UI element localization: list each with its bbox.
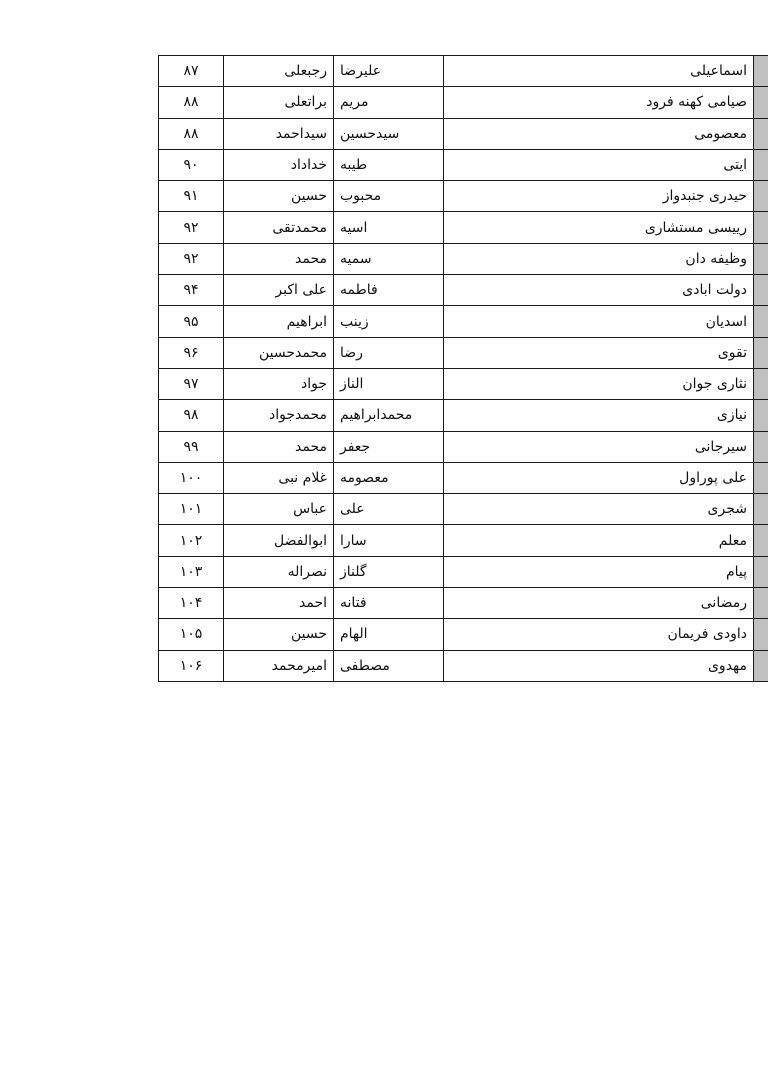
last-name-cell: مهدوی bbox=[444, 650, 754, 681]
first-name-cell: گلناز bbox=[334, 556, 444, 587]
roster-table: .۸۶اسماعیلیعلیرضارجبعلی۸۷.۸۷صیامی کهنه ف… bbox=[158, 55, 768, 682]
row-number-cell: .۱۰۴ bbox=[754, 619, 768, 650]
row-number-cell: .۹۴ bbox=[754, 306, 768, 337]
code-cell: ۱۰۶ bbox=[159, 650, 224, 681]
first-name-cell: سارا bbox=[334, 525, 444, 556]
row-number-cell: .۹۹ bbox=[754, 462, 768, 493]
table-row: .۹۲وظیفه دانسمیهمحمد۹۲ bbox=[159, 243, 768, 274]
roster-table-body: .۸۶اسماعیلیعلیرضارجبعلی۸۷.۸۷صیامی کهنه ف… bbox=[159, 56, 768, 682]
first-name-cell: اسیه bbox=[334, 212, 444, 243]
table-row: .۹۵تقویرضامحمدحسین۹۶ bbox=[159, 337, 768, 368]
row-number-cell: .۹۸ bbox=[754, 431, 768, 462]
code-cell: ۱۰۲ bbox=[159, 525, 224, 556]
table-row: .۹۷نیازیمحمدابراهیممحمدجواد۹۸ bbox=[159, 400, 768, 431]
first-name-cell: علی bbox=[334, 494, 444, 525]
last-name-cell: نیازی bbox=[444, 400, 754, 431]
first-name-cell: الناز bbox=[334, 368, 444, 399]
first-name-cell: سمیه bbox=[334, 243, 444, 274]
last-name-cell: نثاری جوان bbox=[444, 368, 754, 399]
row-number-cell: .۹۳ bbox=[754, 275, 768, 306]
first-name-cell: محبوب bbox=[334, 181, 444, 212]
father-name-cell: رجبعلی bbox=[224, 56, 334, 87]
last-name-cell: دولت ابادی bbox=[444, 275, 754, 306]
code-cell: ۹۲ bbox=[159, 243, 224, 274]
last-name-cell: معلم bbox=[444, 525, 754, 556]
father-name-cell: ابوالفضل bbox=[224, 525, 334, 556]
row-number-cell: .۹۵ bbox=[754, 337, 768, 368]
father-name-cell: براتعلی bbox=[224, 87, 334, 118]
code-cell: ۱۰۱ bbox=[159, 494, 224, 525]
first-name-cell: رضا bbox=[334, 337, 444, 368]
code-cell: ۹۹ bbox=[159, 431, 224, 462]
code-cell: ۹۶ bbox=[159, 337, 224, 368]
code-cell: ۱۰۴ bbox=[159, 588, 224, 619]
last-name-cell: اسدیان bbox=[444, 306, 754, 337]
father-name-cell: محمدجواد bbox=[224, 400, 334, 431]
last-name-cell: تقوی bbox=[444, 337, 754, 368]
table-row: .۹۶نثاری جوانالنازجواد۹۷ bbox=[159, 368, 768, 399]
last-name-cell: وظیفه دان bbox=[444, 243, 754, 274]
code-cell: ۸۷ bbox=[159, 56, 224, 87]
table-row: .۹۴اسدیانزینبابراهیم۹۵ bbox=[159, 306, 768, 337]
last-name-cell: حیدری جنبدواز bbox=[444, 181, 754, 212]
table-row: .۱۰۲پیامگلنازنصراله۱۰۳ bbox=[159, 556, 768, 587]
first-name-cell: مصطفی bbox=[334, 650, 444, 681]
table-row: .۱۰۴داودی فریمانالهامحسین۱۰۵ bbox=[159, 619, 768, 650]
last-name-cell: اسماعیلی bbox=[444, 56, 754, 87]
first-name-cell: جعفر bbox=[334, 431, 444, 462]
table-row: .۹۳دولت ابادیفاطمهعلی اکبر۹۴ bbox=[159, 275, 768, 306]
table-row: .۸۸معصومیسیدحسینسیداحمد۸۸ bbox=[159, 118, 768, 149]
row-number-cell: .۸۸ bbox=[754, 118, 768, 149]
father-name-cell: محمد bbox=[224, 431, 334, 462]
last-name-cell: شجری bbox=[444, 494, 754, 525]
table-row: .۸۶اسماعیلیعلیرضارجبعلی۸۷ bbox=[159, 56, 768, 87]
first-name-cell: فتانه bbox=[334, 588, 444, 619]
first-name-cell: زینب bbox=[334, 306, 444, 337]
row-number-cell: .۹۲ bbox=[754, 243, 768, 274]
last-name-cell: رییسی مستشاری bbox=[444, 212, 754, 243]
document-page: .۸۶اسماعیلیعلیرضارجبعلی۸۷.۸۷صیامی کهنه ف… bbox=[0, 0, 768, 1087]
row-number-cell: .۸۶ bbox=[754, 56, 768, 87]
code-cell: ۹۰ bbox=[159, 149, 224, 180]
father-name-cell: نصراله bbox=[224, 556, 334, 587]
row-number-cell: .۸۹ bbox=[754, 149, 768, 180]
row-number-cell: .۱۰۰ bbox=[754, 494, 768, 525]
last-name-cell: سیرجانی bbox=[444, 431, 754, 462]
first-name-cell: معصومه bbox=[334, 462, 444, 493]
row-number-cell: .۹۱ bbox=[754, 212, 768, 243]
last-name-cell: پیام bbox=[444, 556, 754, 587]
first-name-cell: طیبه bbox=[334, 149, 444, 180]
code-cell: ۹۴ bbox=[159, 275, 224, 306]
father-name-cell: ابراهیم bbox=[224, 306, 334, 337]
table-row: .۸۹ایتیطیبهخداداد۹۰ bbox=[159, 149, 768, 180]
row-number-cell: .۹۶ bbox=[754, 368, 768, 399]
row-number-cell: .۱۰۲ bbox=[754, 556, 768, 587]
last-name-cell: ایتی bbox=[444, 149, 754, 180]
father-name-cell: خداداد bbox=[224, 149, 334, 180]
first-name-cell: فاطمه bbox=[334, 275, 444, 306]
father-name-cell: جواد bbox=[224, 368, 334, 399]
first-name-cell: محمدابراهیم bbox=[334, 400, 444, 431]
first-name-cell: الهام bbox=[334, 619, 444, 650]
table-row: .۱۰۱معلمساراابوالفضل۱۰۲ bbox=[159, 525, 768, 556]
row-number-cell: .۹۷ bbox=[754, 400, 768, 431]
table-row: .۹۹علی پوراولمعصومهغلام نبی۱۰۰ bbox=[159, 462, 768, 493]
row-number-cell: .۱۰۵ bbox=[754, 650, 768, 681]
last-name-cell: داودی فریمان bbox=[444, 619, 754, 650]
last-name-cell: صیامی کهنه فرود bbox=[444, 87, 754, 118]
table-row: .۱۰۵مهدویمصطفیامیرمحمد۱۰۶ bbox=[159, 650, 768, 681]
table-row: .۱۰۳رمضانیفتانهاحمد۱۰۴ bbox=[159, 588, 768, 619]
father-name-cell: محمد bbox=[224, 243, 334, 274]
table-row: .۹۸سیرجانیجعفرمحمد۹۹ bbox=[159, 431, 768, 462]
father-name-cell: عباس bbox=[224, 494, 334, 525]
code-cell: ۱۰۳ bbox=[159, 556, 224, 587]
father-name-cell: حسین bbox=[224, 181, 334, 212]
row-number-cell: .۱۰۳ bbox=[754, 588, 768, 619]
last-name-cell: علی پوراول bbox=[444, 462, 754, 493]
father-name-cell: محمدتقی bbox=[224, 212, 334, 243]
father-name-cell: امیرمحمد bbox=[224, 650, 334, 681]
last-name-cell: معصومی bbox=[444, 118, 754, 149]
father-name-cell: سیداحمد bbox=[224, 118, 334, 149]
father-name-cell: غلام نبی bbox=[224, 462, 334, 493]
father-name-cell: محمدحسین bbox=[224, 337, 334, 368]
father-name-cell: حسین bbox=[224, 619, 334, 650]
last-name-cell: رمضانی bbox=[444, 588, 754, 619]
row-number-cell: .۸۷ bbox=[754, 87, 768, 118]
table-row: .۹۰حیدری جنبدوازمحبوبحسین۹۱ bbox=[159, 181, 768, 212]
code-cell: ۸۸ bbox=[159, 87, 224, 118]
table-row: .۱۰۰شجریعلیعباس۱۰۱ bbox=[159, 494, 768, 525]
code-cell: ۹۸ bbox=[159, 400, 224, 431]
code-cell: ۹۷ bbox=[159, 368, 224, 399]
row-number-cell: .۹۰ bbox=[754, 181, 768, 212]
code-cell: ۹۲ bbox=[159, 212, 224, 243]
first-name-cell: سیدحسین bbox=[334, 118, 444, 149]
row-number-cell: .۱۰۱ bbox=[754, 525, 768, 556]
code-cell: ۸۸ bbox=[159, 118, 224, 149]
code-cell: ۹۱ bbox=[159, 181, 224, 212]
table-row: .۹۱رییسی مستشاریاسیهمحمدتقی۹۲ bbox=[159, 212, 768, 243]
father-name-cell: احمد bbox=[224, 588, 334, 619]
first-name-cell: مریم bbox=[334, 87, 444, 118]
father-name-cell: علی اکبر bbox=[224, 275, 334, 306]
first-name-cell: علیرضا bbox=[334, 56, 444, 87]
code-cell: ۱۰۵ bbox=[159, 619, 224, 650]
code-cell: ۱۰۰ bbox=[159, 462, 224, 493]
code-cell: ۹۵ bbox=[159, 306, 224, 337]
table-row: .۸۷صیامی کهنه فرودمریمبراتعلی۸۸ bbox=[159, 87, 768, 118]
